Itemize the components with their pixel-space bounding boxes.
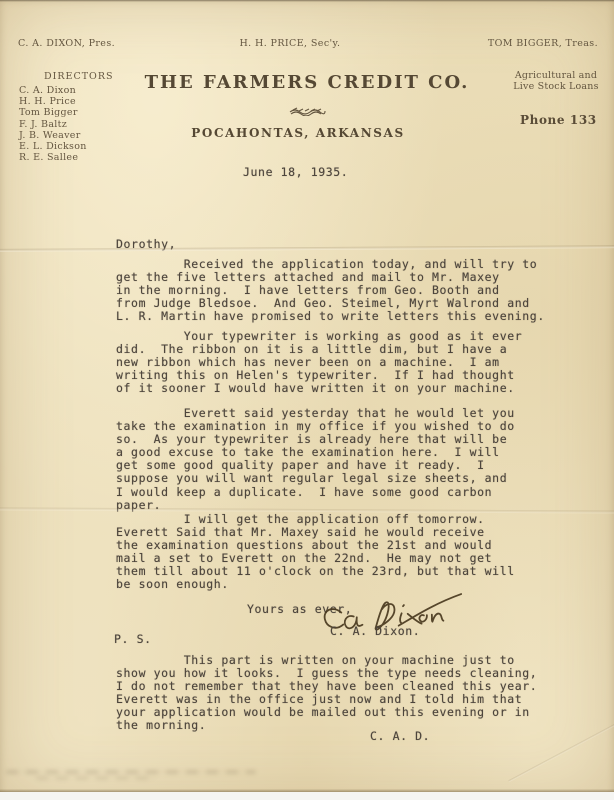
directors-list: C. A. Dixon H. H. Price Tom Bigger F. J.…	[19, 85, 87, 163]
body-paragraph-1: Received the application today, and will…	[116, 258, 545, 323]
letter-date: June 18, 1935.	[243, 166, 348, 179]
body-paragraph-2: Your typewriter is working as good as it…	[116, 330, 522, 395]
scanned-letter-page: C. A. DIXON, Pres. H. H. PRICE, Sec'y. T…	[0, 0, 614, 800]
typed-signature-name: C. A. Dixon.	[330, 625, 420, 638]
postscript-initials: C. A. D.	[370, 730, 430, 743]
letterhead-officers-row: C. A. DIXON, Pres. H. H. PRICE, Sec'y. T…	[0, 38, 614, 50]
officer-treasurer: TOM BIGGER, Treas.	[488, 38, 598, 49]
director-name: R. E. Sallee	[19, 152, 87, 163]
fold-crease-top	[0, 245, 614, 252]
director-name: E. L. Dickson	[19, 141, 87, 152]
postscript-paragraph: This part is written on your machine jus…	[116, 654, 537, 733]
body-paragraph-4: I will get the application off tomorrow.…	[116, 513, 515, 592]
scan-top-edge	[0, 0, 614, 2]
ink-bleedthrough	[6, 768, 266, 782]
salutation: Dorothy,	[116, 238, 176, 251]
body-paragraph-3: Everett said yesterday that he would let…	[116, 407, 515, 512]
services-line: Live Stock Loans	[512, 81, 600, 92]
services-note: Agricultural and Live Stock Loans	[512, 70, 600, 92]
postscript-label: P. S.	[114, 633, 152, 646]
city-line: POCAHONTAS, ARKANSAS	[0, 126, 596, 140]
services-line: Agricultural and	[512, 70, 600, 81]
phone-number: Phone 133	[520, 113, 597, 127]
handwritten-signature	[316, 588, 471, 647]
scanner-background-strip	[0, 792, 614, 800]
